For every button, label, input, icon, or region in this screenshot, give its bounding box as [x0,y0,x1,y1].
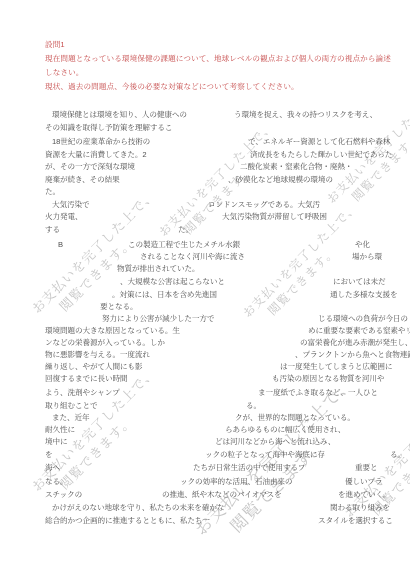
body-text-fragment: されることなく河川や海に流さ [140,252,245,261]
body-text-fragment: 大気汚染で [52,200,89,209]
body-text-fragment: 18世紀の産業革命から技術の [52,137,150,146]
body-text-fragment: 耐久性に [45,425,75,434]
body-text-fragment: が、その一方で深刻な環境 [45,162,135,171]
body-text-fragment: 火力発電、 [45,212,82,221]
body-text-fragment: する [45,225,60,234]
body-text-fragment: 通した多様な支援を [330,290,397,299]
body-text-fragment: う環境を捉え、我々の持つリスクを考え、 [234,110,377,119]
body-text-fragment: 大気汚染物質が滞留して呼吸困 [222,212,327,221]
body-text-fragment: は一度発生してしまうと広範囲に [280,362,392,371]
body-text-fragment: 物に悪影響を与える。一度流れ [45,350,150,359]
body-text-fragment: じる環境への負荷が今日の [318,314,408,323]
body-text-fragment: 。対策には、日本を含め先進国 [112,290,217,299]
body-text-fragment: 境中に [45,437,67,446]
body-text-fragment: 優しいプラ [345,477,382,486]
body-text-fragment: スタイルを選択するこ [318,516,393,525]
body-text-fragment: よう、洗剤やシャンプ [45,388,120,397]
body-text-fragment: めに重要な要素である窒素やリ [308,326,410,335]
body-text-fragment: ロンドンスモッグである。大気汚 [208,200,320,209]
body-text-fragment: 総合的かつ企画的に推進するとともに、私たち一 [45,516,210,525]
body-text-fragment: 物質が排出されていた。 [117,264,199,273]
body-text-fragment: B [58,240,63,249]
body-text-fragment: る。 [390,450,405,459]
body-text-fragment: た。 [178,225,193,234]
body-text-fragment: かけがえのない地球を守り、私たちの未来を確かな [52,503,224,512]
body-text-fragment: を [45,450,53,459]
body-text-fragment: 海へ [45,463,60,472]
body-text-fragment: 二酸化炭素・窒素化合物・廃熱・ [240,162,352,171]
body-text-fragment: また、近年 [52,413,89,422]
body-text-fragment: 取り組むことで [45,401,97,410]
body-text-fragment: その知識を取得し予防策を理解するこ [45,123,172,132]
body-text-fragment: を進めていく。 [338,490,390,499]
body-text-fragment: 廃棄が続き、その結果 [45,175,120,184]
body-text-fragment: ま一度紙でふき取るなど、一人ひと [258,388,378,397]
body-text-fragment: 、大規模な公害は起こらないと [120,277,225,286]
body-text-fragment: クが、世界的な問題となっている。 [235,413,355,422]
body-text-fragment: ックの粒子となって海中や海底に存 [205,450,325,459]
body-text-fragment: も汚染の原因となる物質を河川や [272,374,384,383]
body-text-fragment: 努力により公害が減少した一方で [102,314,214,323]
body-text-fragment: る。 [246,401,261,410]
body-text-fragment: ンなどの栄養源が入っている。しか [45,338,165,347]
body-text-fragment: の富栄養化が進み赤潮が発生し、生 [300,338,410,347]
body-text-fragment: 要となる。 [100,302,137,311]
body-text-fragment: なる。 [45,477,67,486]
body-text-fragment: 回復するまでに長い時間 [45,374,127,383]
body-text-fragment: 関わる取り組みを [330,503,390,512]
body-text-fragment: らあらゆるものに幅広く使用され、 [225,425,345,434]
body-text-fragment: や化 [355,240,370,249]
body-text-fragment: 環境保健とは環境を知り、人の健康への [52,110,187,119]
body-text-fragment: 資源を大量に消費してきた。2 [45,150,147,159]
body-text-fragment: 繰り返し、やがて人間にも影 [45,362,142,371]
body-text-fragment: 環境問題の大きな原因となっている。生 [45,326,180,335]
body-text-fragment: どは河川などから海へと流れ込み、 [215,437,335,446]
body-text-fragment: の推進、紙や木などのバイオマスを [162,490,282,499]
body-text-fragment: たちが日常生活の中で使用するプ [193,463,305,472]
body-text-fragment: 、砂漠化など地球規模の環境の [228,175,333,184]
body-text-fragment: 場から環 [352,252,382,261]
body-text-fragment: においては未だ [333,277,385,286]
body-layer: 環境保健とは環境を知り、人の健康へのう環境を捉え、我々の持つリスクを考え、その知… [0,0,410,580]
body-text-fragment: この製造工程で生じたメチル水銀 [128,240,240,249]
body-text-fragment: 済成長をもたらした輝かしい世紀であった [250,150,392,159]
body-text-fragment: 、プランクトンから魚へと食物連鎖 [295,350,410,359]
body-text-fragment: ックの効率的な活用、石油由来の [180,477,292,486]
body-text-fragment: スチックの [45,490,82,499]
document-preview-page: 設問1 現在問題となっている環境保健の課題について、地球レベルの観点および個人の… [0,0,410,580]
body-text-fragment: で、エネルギー資源として化石燃料や森林 [248,137,390,146]
body-text-fragment: 重要と [355,463,377,472]
body-text-fragment: た。 [45,187,60,196]
